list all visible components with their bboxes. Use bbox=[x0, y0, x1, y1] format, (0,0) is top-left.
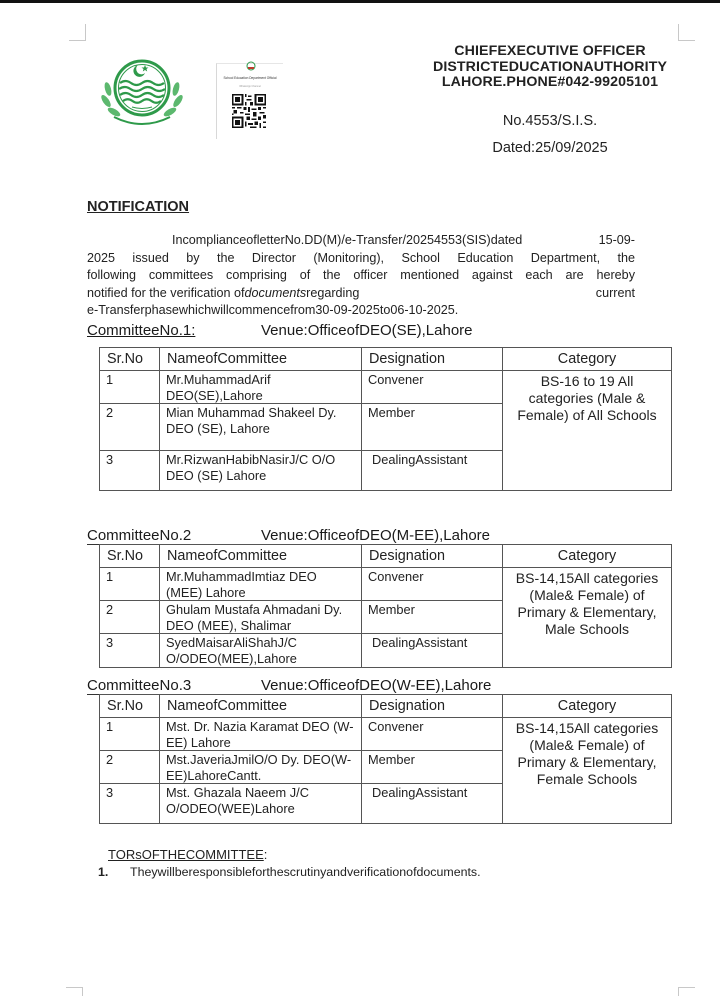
tor-item-text: Theywillberesponsibleforthescrutinyandve… bbox=[130, 865, 481, 879]
header-sr-no: Sr.No bbox=[100, 695, 160, 718]
top-edge-bar bbox=[0, 0, 720, 3]
table-row: 1Mr.MuhammadArif DEO(SE),LahoreConvenerB… bbox=[100, 371, 672, 404]
committee-1-heading: CommitteeNo.1:Venue:OfficeofDEO(SE),Laho… bbox=[87, 322, 473, 339]
qr-code-icon[interactable] bbox=[232, 94, 266, 128]
table-row: 1Mst. Dr. Nazia Karamat DEO (W-EE) Lahor… bbox=[100, 718, 672, 751]
committee-category: BS-16 to 19 All categories (Male & Femal… bbox=[503, 371, 672, 491]
member-designation: Convener bbox=[362, 718, 503, 751]
header-sr-no: Sr.No bbox=[100, 348, 160, 371]
tor-item: 1.Theywillberesponsibleforthescrutinyand… bbox=[98, 865, 481, 879]
table-header-row: Sr.NoNameofCommitteeDesignationCategory bbox=[100, 695, 672, 718]
crop-mark-bottom-right bbox=[678, 987, 695, 996]
member-sr-no: 2 bbox=[100, 404, 160, 451]
committee-3-table: Sr.NoNameofCommitteeDesignationCategory1… bbox=[99, 694, 672, 824]
member-designation: DealingAssistant bbox=[362, 634, 503, 667]
member-sr-no: 2 bbox=[100, 751, 160, 784]
member-sr-no: 1 bbox=[100, 371, 160, 404]
tors-title: TORsOFTHECOMMITTEE bbox=[108, 847, 264, 862]
member-name: Mr.RizwanHabibNasirJ/C O/O DEO (SE) Laho… bbox=[160, 451, 362, 491]
member-designation: Member bbox=[362, 601, 503, 634]
committee-3-heading: CommitteeNo.3Venue:OfficeofDEO(W-EE),Lah… bbox=[87, 677, 491, 694]
header-name: NameofCommittee bbox=[160, 695, 362, 718]
notification-title: NOTIFICATION bbox=[87, 199, 189, 215]
table-header-row: Sr.NoNameofCommitteeDesignationCategory bbox=[100, 545, 672, 568]
header-sr-no: Sr.No bbox=[100, 545, 160, 568]
para-line-4-emphasis: documents bbox=[245, 286, 307, 300]
member-designation: DealingAssistant bbox=[362, 784, 503, 824]
para-line-4a: notified for the verification of bbox=[87, 286, 245, 300]
header-category: Category bbox=[503, 348, 672, 371]
member-name: Mst.JaveriaJmilO/O Dy. DEO(W-EE)LahoreCa… bbox=[160, 751, 362, 784]
header-category: Category bbox=[503, 545, 672, 568]
member-designation: Member bbox=[362, 751, 503, 784]
committee-2-venue: Venue:OfficeofDEO(M-EE),Lahore bbox=[261, 527, 490, 544]
member-sr-no: 2 bbox=[100, 601, 160, 634]
header-designation: Designation bbox=[362, 348, 503, 371]
committee-1-table: Sr.NoNameofCommitteeDesignationCategory1… bbox=[99, 347, 672, 491]
member-sr-no: 3 bbox=[100, 634, 160, 667]
department-mini-logo-icon bbox=[245, 61, 257, 71]
member-name: Ghulam Mustafa Ahmadani Dy. DEO (MEE), S… bbox=[160, 601, 362, 634]
member-name: SyedMaisarAliShahJ/C O/ODEO(MEE),Lahore bbox=[160, 634, 362, 667]
committee-3-number: CommitteeNo.3 bbox=[87, 677, 261, 694]
para-line-2: 2025 issued by the Director (Monitoring)… bbox=[87, 250, 635, 268]
member-sr-no: 1 bbox=[100, 718, 160, 751]
office-header: CHIEFEXECUTIVE OFFICER DISTRICTEDUCATION… bbox=[380, 44, 720, 91]
tor-item-number: 1. bbox=[98, 865, 130, 879]
header-name: NameofCommittee bbox=[160, 545, 362, 568]
tors-heading: TORsOFTHECOMMITTEE: bbox=[108, 847, 267, 862]
committee-category: BS-14,15All categories (Male& Female) of… bbox=[503, 718, 672, 824]
member-sr-no: 1 bbox=[100, 568, 160, 601]
crop-mark-bottom-left bbox=[66, 987, 83, 996]
member-name: Mian Muhammad Shakeel Dy. DEO (SE), Laho… bbox=[160, 404, 362, 451]
issue-date: Dated:25/09/2025 bbox=[380, 140, 720, 156]
member-name: Mr.MuhammadArif DEO(SE),Lahore bbox=[160, 371, 362, 404]
para-line-3: following committees comprising of the o… bbox=[87, 267, 635, 285]
member-designation: Member bbox=[362, 404, 503, 451]
qr-card-subtitle: WhatsApp Channel bbox=[219, 85, 281, 88]
office-title: CHIEFEXECUTIVE OFFICER bbox=[380, 44, 720, 60]
member-designation: Convener bbox=[362, 371, 503, 404]
member-sr-no: 3 bbox=[100, 451, 160, 491]
dated-label: Dated: bbox=[492, 140, 535, 156]
notification-paragraph: IncomplianceofletterNo.DD(M)/e-Transfer/… bbox=[87, 232, 635, 320]
table-header-row: Sr.NoNameofCommitteeDesignationCategory bbox=[100, 348, 672, 371]
table-row: 1Mr.MuhammadImtiaz DEO (MEE) LahoreConve… bbox=[100, 568, 672, 601]
committee-2-number: CommitteeNo.2 bbox=[87, 527, 261, 544]
header-designation: Designation bbox=[362, 545, 503, 568]
header-name: NameofCommittee bbox=[160, 348, 362, 371]
committee-1-venue: Venue:OfficeofDEO(SE),Lahore bbox=[261, 322, 473, 339]
committee-2-heading: CommitteeNo.2Venue:OfficeofDEO(M-EE),Lah… bbox=[87, 527, 490, 544]
member-name: Mr.MuhammadImtiaz DEO (MEE) Lahore bbox=[160, 568, 362, 601]
committee-category: BS-14,15All categories (Male& Female) of… bbox=[503, 568, 672, 668]
crop-mark-top-left bbox=[69, 24, 86, 41]
qr-card-title: School Education Department Official bbox=[219, 76, 281, 80]
para-line-1a: IncomplianceofletterNo.DD(M)/e-Transfer/… bbox=[172, 232, 522, 250]
crop-mark-top-right bbox=[678, 24, 695, 41]
member-designation: DealingAssistant bbox=[362, 451, 503, 491]
punjab-emblem-icon bbox=[94, 55, 190, 127]
member-name: Mst. Ghazala Naeem J/C O/ODEO(WEE)Lahore bbox=[160, 784, 362, 824]
committee-2-table: Sr.NoNameofCommitteeDesignationCategory1… bbox=[99, 544, 672, 668]
member-name: Mst. Dr. Nazia Karamat DEO (W-EE) Lahore bbox=[160, 718, 362, 751]
para-line-4c: current bbox=[596, 285, 635, 303]
tors-title-colon: : bbox=[264, 847, 268, 862]
committee-1-number: CommitteeNo.1: bbox=[87, 322, 261, 339]
para-line-4b: regarding bbox=[306, 286, 359, 300]
member-designation: Convener bbox=[362, 568, 503, 601]
dated-value: 25/09/2025 bbox=[535, 140, 608, 156]
authority-name: DISTRICTEDUCATIONAUTHORITY bbox=[380, 60, 720, 76]
qr-code-card: School Education Department Official Wha… bbox=[216, 63, 283, 139]
committee-3-venue: Venue:OfficeofDEO(W-EE),Lahore bbox=[261, 677, 491, 694]
header-designation: Designation bbox=[362, 695, 503, 718]
para-line-1b: 15-09- bbox=[599, 232, 635, 250]
member-sr-no: 3 bbox=[100, 784, 160, 824]
header-category: Category bbox=[503, 695, 672, 718]
office-phone: LAHORE.PHONE#042-99205101 bbox=[380, 75, 720, 91]
reference-number: No.4553/S.I.S. bbox=[380, 113, 720, 129]
para-line-5: e-Transferphasewhichwillcommencefrom30-0… bbox=[87, 302, 635, 320]
